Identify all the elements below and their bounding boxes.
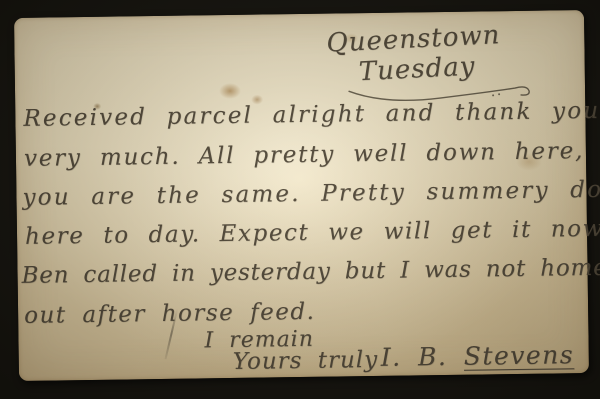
closing-line: Yours truly — [233, 347, 379, 375]
message-line: out after horse feed. — [24, 299, 316, 329]
message-line: here to day. Expect we will get it now — [25, 216, 600, 250]
heading-day: Tuesday — [358, 52, 476, 88]
message-line: Ben called in yesterday but I was not ho… — [21, 253, 600, 288]
signature-initials: I. B. — [381, 342, 448, 372]
foxing-stain — [219, 83, 241, 99]
postcard: Queenstown Tuesday Received parcel alrig… — [14, 10, 589, 381]
signature-surname: Stevens — [464, 340, 575, 371]
message-line: very much. All pretty well down here, ho… — [24, 137, 600, 172]
signature: I. B. Stevens — [381, 340, 575, 372]
message-line: Received parcel alright and thank you — [23, 98, 600, 132]
message-line: you are the same. Pretty summery down — [22, 176, 600, 211]
postcard-photo: Queenstown Tuesday Received parcel alrig… — [0, 0, 600, 399]
